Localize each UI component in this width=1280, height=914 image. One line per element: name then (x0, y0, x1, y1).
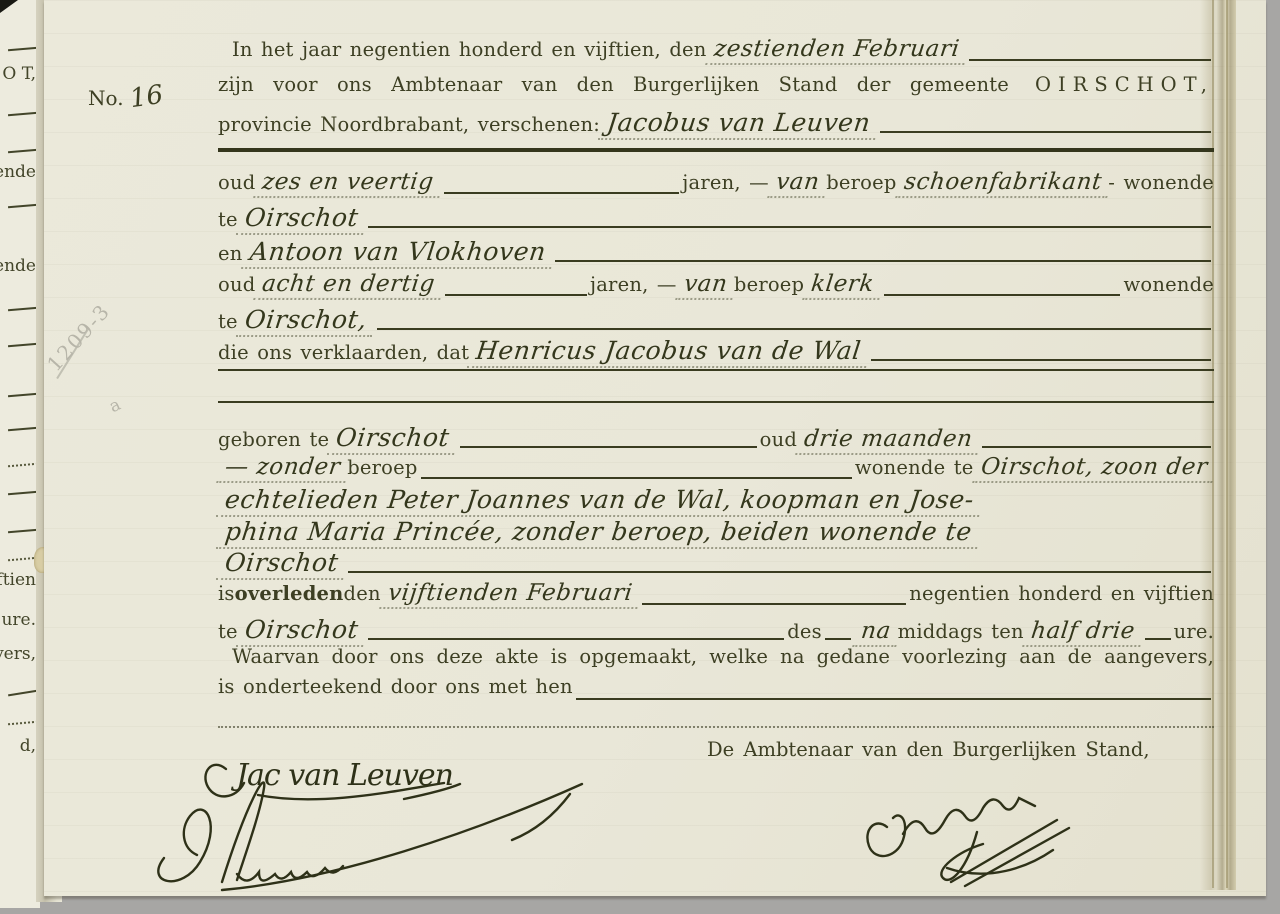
printed-text: die ons verklaarden, dat (218, 341, 469, 364)
fill-rule (444, 192, 679, 194)
handwritten-place: Oirschot (216, 548, 347, 580)
fill-rule (642, 603, 906, 605)
printed-text: beroep (826, 171, 896, 194)
prev-page-text-fragment: nende (0, 256, 36, 276)
deed-line-declarant1: provincie Noordbrabant, verschenen: Jaco… (218, 108, 1214, 142)
ruled-line-fragment (8, 690, 38, 697)
deed-line-municipality: zijn voor ons Ambtenaar van den Burgerli… (218, 73, 1214, 107)
fill-rule (871, 359, 1211, 361)
printed-text: geboren te (218, 428, 329, 451)
printed-text: te (218, 208, 238, 231)
handwritten-text: van (675, 271, 736, 300)
printed-text: oud (760, 428, 797, 451)
ruled-line-fragment (8, 149, 38, 154)
fill-rule (368, 638, 784, 640)
prev-page-text-fragment: O T, (2, 64, 36, 84)
prev-page-text-fragment: nende (0, 162, 36, 182)
ruled-line-fragment (8, 721, 38, 726)
corner-shadow (0, 0, 18, 13)
ruled-line-fragment (8, 463, 38, 468)
deed-line-birthplace-age: geboren te Oirschot oud drie maanden (218, 423, 1214, 457)
handwritten-parents: echtelieden Peter Joannes van de Wal, ko… (216, 485, 983, 517)
printed-text: jaren, — (682, 171, 769, 194)
printed-text: - wonende (1108, 171, 1214, 194)
fill-rule (884, 294, 1120, 296)
printed-text: In het jaar negentien honderd en vijftie… (218, 38, 707, 61)
printed-text: des (787, 620, 822, 643)
deed-line-death-date: is overleden den vijftienden Februari ne… (218, 580, 1214, 614)
death-record-scan: O T, nende nende ijftien ure. evers, d, … (0, 0, 1280, 914)
deed-line-declarant2: en Antoon van Vlokhoven (218, 237, 1214, 271)
handwritten-parents: phina Maria Princée, zonder beroep, beid… (216, 517, 981, 549)
handwritten-place: Oirschot (236, 203, 367, 235)
official-title: De Ambtenaar van den Burgerlijken Stand, (707, 738, 1150, 761)
printed-text: middags ten (898, 620, 1024, 643)
dash-rule (825, 638, 851, 640)
ruled-line-fragment (8, 47, 38, 52)
printed-text: te (218, 310, 238, 333)
printed-text: wonende (1123, 273, 1214, 296)
deed-line-closing-2: is onderteekend door ons met hen (218, 675, 1214, 709)
handwritten-declarant2-name: Antoon van Vlokhoven (241, 237, 555, 269)
act-number-label: No. (88, 86, 124, 110)
printed-text: provincie Noordbrabant, verschenen: (218, 113, 600, 136)
fill-rule (555, 260, 1211, 262)
deed-line-occupation-residence: — zonder beroep wonende te Oirschot, zoo… (218, 454, 1214, 488)
handwritten-occupation: schoenfabrikant (895, 169, 1110, 198)
printed-overleden: overleden (235, 582, 344, 605)
printed-text: jaren, — (590, 273, 677, 296)
ruled-line-fragment (8, 393, 38, 398)
ruled-line-fragment (8, 529, 38, 534)
prev-page-text-fragment: ure. (1, 610, 36, 630)
ruled-line-fragment (8, 307, 38, 312)
prev-page-text-fragment: ijftien (0, 570, 36, 590)
printed-text: oud (218, 171, 255, 194)
printed-text: te (218, 620, 238, 643)
fill-rule (460, 446, 757, 448)
printed-text: ure. (1174, 620, 1214, 643)
printed-text: beroep (734, 273, 804, 296)
fill-rule (445, 294, 587, 296)
handwritten-text: van (767, 169, 828, 198)
printed-text: oud (218, 273, 255, 296)
fill-rule (880, 131, 1211, 133)
handwritten-text: na (852, 618, 899, 647)
printed-text: negentien honderd en vijftien (909, 582, 1214, 605)
footer-dotted-rule (218, 726, 1214, 728)
signature-official (855, 772, 1115, 897)
handwritten-occupation: klerk (802, 271, 882, 300)
handwritten-residence: Oirschot, zoon der (972, 454, 1216, 483)
handwritten-death-date: vijftienden Februari (379, 580, 641, 609)
printed-text: Waarvan door ons deze akte is opgemaakt,… (218, 645, 1214, 668)
deed-line-closing-1: Waarvan door ons deze akte is opgemaakt,… (218, 645, 1214, 679)
deed-line-declarant2-age: oud acht en dertig jaren, — van beroep k… (218, 271, 1214, 305)
municipality-name: OIRSCHOT, (1035, 73, 1214, 96)
prev-page-text-fragment: evers, (0, 644, 36, 664)
printed-text: is onderteekend door ons met hen (218, 675, 573, 698)
handwritten-place: Oirschot, (236, 305, 376, 337)
deed-line-deceased-name: die ons verklaarden, dat Henricus Jacobu… (218, 336, 1214, 370)
handwritten-text: — zonder (216, 454, 349, 483)
fill-rule (348, 571, 1211, 573)
blank-rule (218, 401, 1214, 403)
ruled-line-fragment (8, 491, 38, 496)
fill-rule (969, 59, 1211, 61)
fill-rule (368, 226, 1211, 228)
page-edge-streak (1226, 0, 1228, 888)
deed-line-date: In het jaar negentien honderd en vijftie… (218, 36, 1214, 70)
handwritten-deceased-age: drie maanden (795, 426, 981, 455)
ruled-line-fragment (8, 343, 38, 348)
fill-rule (421, 477, 852, 479)
fill-rule (982, 446, 1211, 448)
blank-rule (218, 369, 1214, 371)
handwritten-death-time: half drie (1022, 618, 1143, 647)
handwritten-declarant1-name: Jacobus van Leuven (598, 108, 879, 140)
fill-rule (377, 328, 1211, 330)
printed-text: wonende te (855, 456, 974, 479)
deed-line-death-place-time: te Oirschot des na middags ten half drie… (218, 615, 1214, 649)
ruled-line-fragment (8, 204, 38, 209)
printed-text: zijn voor ons Ambtenaar van den Burgerli… (218, 73, 1214, 96)
handwritten-deceased-name: Henricus Jacobus van de Wal (467, 336, 870, 368)
printed-text: is (218, 582, 235, 605)
deed-line-declarant1-age: oud zes en veertig jaren, — van beroep s… (218, 169, 1214, 203)
fill-rule (576, 698, 1211, 700)
deed-line-declarant2-residence: te Oirschot, (218, 305, 1214, 339)
handwritten-date: zestienden Februari (705, 36, 968, 65)
ruled-line-fragment (8, 427, 38, 432)
ruled-line-fragment (8, 112, 38, 117)
printed-text: beroep (347, 456, 417, 479)
printed-text: en (218, 242, 243, 265)
handwritten-age: acht en dertig (254, 271, 444, 300)
signature-van-vlokhoven (150, 762, 630, 902)
deed-line-parents-2: phina Maria Princée, zonder beroep, beid… (218, 517, 1214, 551)
previous-page-edge: O T, nende nende ijftien ure. evers, d, (0, 0, 40, 908)
deed-line-parents-1: echtelieden Peter Joannes van de Wal, ko… (218, 485, 1214, 519)
handwritten-birthplace: Oirschot (327, 423, 458, 455)
dash-rule (1145, 638, 1171, 640)
printed-text: den (344, 582, 381, 605)
deed-line-declarant1-residence: te Oirschot (218, 203, 1214, 237)
handwritten-age: zes en veertig (254, 169, 443, 198)
handwritten-death-place: Oirschot (236, 615, 367, 647)
act-number: No.16 (88, 82, 163, 112)
deed-line-parents-residence: Oirschot (218, 548, 1214, 582)
prev-page-text-fragment: d, (20, 736, 36, 756)
section-rule (218, 148, 1214, 152)
act-number-value: 16 (128, 80, 165, 114)
